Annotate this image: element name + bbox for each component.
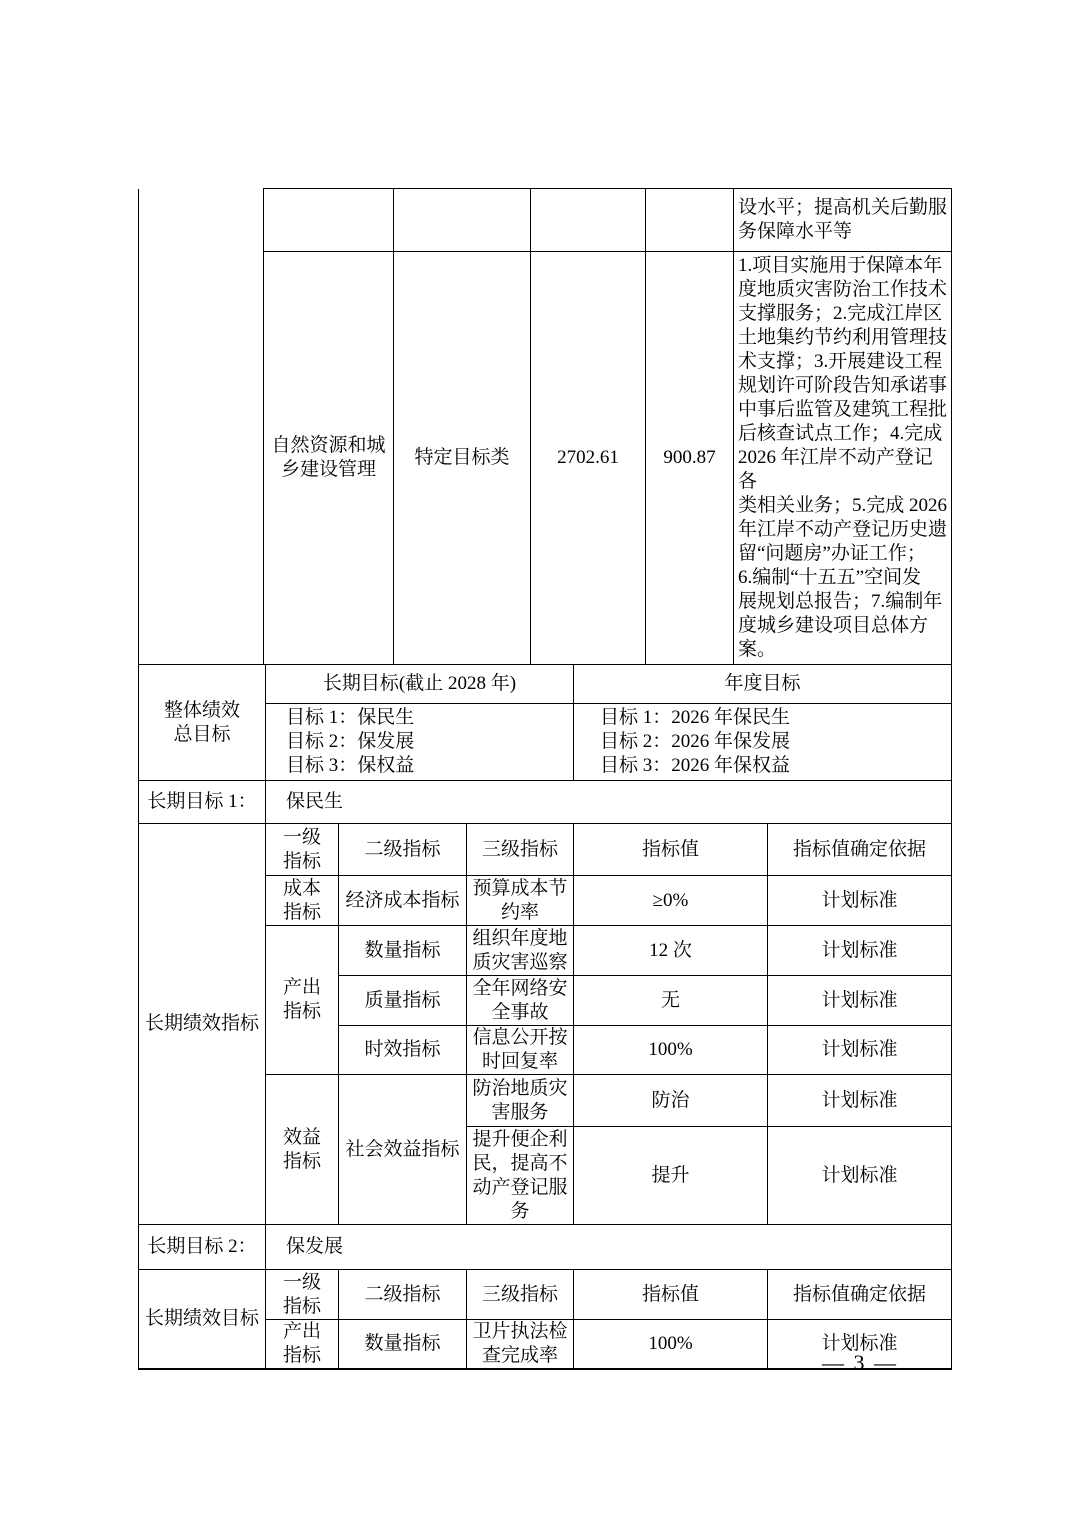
cell-value: 提升 — [574, 1127, 768, 1225]
cell-left-label-continued — [139, 189, 264, 665]
cell-basis: 计划标准 — [768, 976, 952, 1026]
cell-annual-goal-header: 年度目标 — [574, 665, 952, 704]
cell-level3: 组织年度地 质灾害巡察 — [467, 926, 574, 976]
page-number: — 3 — — [780, 1350, 940, 1376]
cell-header-level1: 一级 指标 — [266, 1270, 339, 1320]
cell-level3: 信息公开按 时回复率 — [467, 1026, 574, 1075]
cell-empty — [264, 189, 394, 252]
cell-header-level1: 一级 指标 — [266, 824, 339, 876]
cell-empty — [646, 189, 734, 252]
cell-longterm-goal-1-label: 长期目标 1： — [139, 781, 266, 824]
cell-header-value: 指标值 — [574, 824, 768, 876]
cell-value: 防治 — [574, 1075, 768, 1127]
cell-level2: 社会效益指标 — [339, 1075, 467, 1225]
cell-longterm-goal-header: 长期目标(截止 2028 年) — [266, 665, 574, 704]
cell-target-type: 特定目标类 — [394, 252, 531, 665]
cell-longterm-goal-2-label: 长期目标 2： — [139, 1225, 266, 1270]
document-page: 设水平；提高机关后勤服 务保障水平等 自然资源和城 乡建设管理 特定目标类 27… — [0, 0, 1074, 1520]
cell-header-level2: 二级指标 — [339, 1270, 467, 1320]
cell-value: ≥0% — [574, 876, 768, 926]
cell-goal-text-continued: 设水平；提高机关后勤服 务保障水平等 — [734, 189, 952, 252]
longterm-goal-1-row: 长期目标 1： 保民生 — [138, 780, 952, 824]
cell-header-basis: 指标值确定依据 — [768, 824, 952, 876]
cell-level2: 经济成本指标 — [339, 876, 467, 926]
indicator-table-1: 长期绩效指标 一级 指标 二级指标 三级指标 指标值 指标值确定依据 成本 指标… — [138, 823, 952, 1225]
cell-value: 无 — [574, 976, 768, 1026]
cell-longterm-goal-1-value: 保民生 — [266, 781, 952, 824]
cell-empty — [394, 189, 531, 252]
cell-level3: 提升便企利 民，提高不 动产登记服 务 — [467, 1127, 574, 1225]
cell-value: 100% — [574, 1320, 768, 1370]
cell-value: 12 次 — [574, 926, 768, 976]
cell-annual-goal-description: 1.项目实施用于保障本年 度地质灾害防治工作技术 支撑服务；2.完成江岸区 土地… — [734, 252, 952, 665]
cell-level1-output: 产出 指标 — [266, 1320, 339, 1370]
cell-project-category: 自然资源和城 乡建设管理 — [264, 252, 394, 665]
cell-basis: 计划标准 — [768, 1075, 952, 1127]
cell-level1-output: 产出 指标 — [266, 926, 339, 1075]
cell-section-label-indicators-1: 长期绩效指标 — [139, 824, 266, 1225]
longterm-goal-2-row: 长期目标 2： 保发展 — [138, 1224, 952, 1270]
cell-level3: 防治地质灾 害服务 — [467, 1075, 574, 1127]
cell-empty — [531, 189, 646, 252]
cell-amount-total: 2702.61 — [531, 252, 646, 665]
project-table: 设水平；提高机关后勤服 务保障水平等 自然资源和城 乡建设管理 特定目标类 27… — [138, 188, 952, 665]
cell-level1-cost: 成本 指标 — [266, 876, 339, 926]
cell-level2: 数量指标 — [339, 926, 467, 976]
cell-level3: 全年网络安 全事故 — [467, 976, 574, 1026]
cell-level3: 卫片执法检 查完成率 — [467, 1320, 574, 1370]
cell-overall-goal-label: 整体绩效 总目标 — [139, 665, 266, 781]
cell-level2: 数量指标 — [339, 1320, 467, 1370]
performance-target-table: 设水平；提高机关后勤服 务保障水平等 自然资源和城 乡建设管理 特定目标类 27… — [138, 188, 951, 1370]
cell-longterm-goals: 目标 1：保民生 目标 2：保发展 目标 3：保权益 — [266, 704, 574, 781]
cell-basis: 计划标准 — [768, 876, 952, 926]
cell-header-level3: 三级指标 — [467, 824, 574, 876]
cell-header-level2: 二级指标 — [339, 824, 467, 876]
cell-section-label-indicators-2: 长期绩效目标 — [139, 1270, 266, 1370]
cell-basis: 计划标准 — [768, 1127, 952, 1225]
cell-amount-annual: 900.87 — [646, 252, 734, 665]
overall-goal-table: 整体绩效 总目标 长期目标(截止 2028 年) 年度目标 目标 1：保民生 目… — [138, 664, 952, 781]
cell-header-value: 指标值 — [574, 1270, 768, 1320]
cell-level2: 时效指标 — [339, 1026, 467, 1075]
cell-level1-benefit: 效益 指标 — [266, 1075, 339, 1225]
cell-annual-goals: 目标 1：2026 年保民生 目标 2：2026 年保发展 目标 3：2026 … — [574, 704, 952, 781]
cell-value: 100% — [574, 1026, 768, 1075]
cell-header-basis: 指标值确定依据 — [768, 1270, 952, 1320]
cell-basis: 计划标准 — [768, 1026, 952, 1075]
cell-longterm-goal-2-value: 保发展 — [266, 1225, 952, 1270]
cell-basis: 计划标准 — [768, 926, 952, 976]
cell-level3: 预算成本节 约率 — [467, 876, 574, 926]
cell-header-level3: 三级指标 — [467, 1270, 574, 1320]
cell-level2: 质量指标 — [339, 976, 467, 1026]
